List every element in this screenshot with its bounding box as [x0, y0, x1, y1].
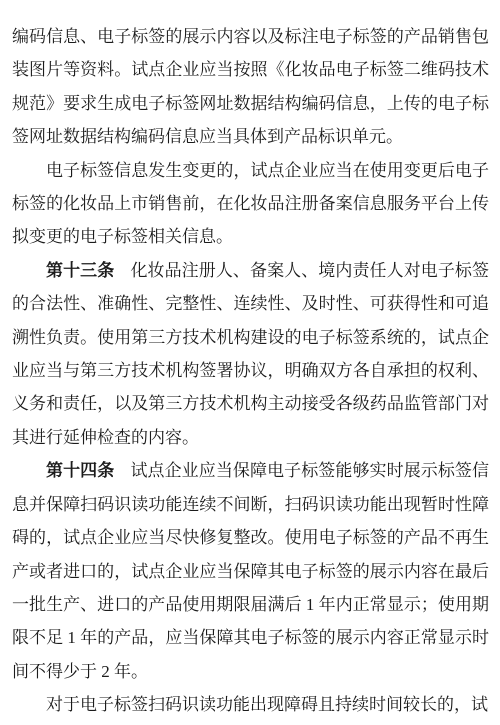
clause-number: 第十三条: [46, 261, 114, 280]
paragraph-text: 编码信息、电子标签的展示内容以及标注电子标签的产品销售包装图片等资料。试点企业应…: [12, 27, 489, 146]
paragraph-article-14: 第十四条试点企业应当保障电子标签能够实时展示标签信息并保障扫码识读功能连续不间断…: [12, 454, 489, 688]
paragraph: 电子标签信息发生变更的，试点企业应当在使用变更后电子标签的化妆品上市销售前，在化…: [12, 154, 489, 254]
paragraph-text: 电子标签信息发生变更的，试点企业应当在使用变更后电子标签的化妆品上市销售前，在化…: [12, 161, 489, 247]
paragraph-truncated: 对于电子标签扫码识读功能出现障碍且持续时间较长的，试: [12, 688, 489, 721]
document-page: 编码信息、电子标签的展示内容以及标注电子标签的产品销售包装图片等资料。试点企业应…: [0, 0, 500, 725]
paragraph-article-13: 第十三条化妆品注册人、备案人、境内责任人对电子标签的合法性、准确性、完整性、连续…: [12, 254, 489, 454]
paragraph-text: 试点企业应当保障电子标签能够实时展示标签信息并保障扫码识读功能连续不间断，扫码识…: [12, 461, 489, 680]
paragraph-text: 对于电子标签扫码识读功能出现障碍且持续时间较长的，试: [46, 695, 488, 714]
clause-number: 第十四条: [46, 461, 114, 480]
paragraph-continuation: 编码信息、电子标签的展示内容以及标注电子标签的产品销售包装图片等资料。试点企业应…: [12, 20, 489, 154]
paragraph-text: 化妆品注册人、备案人、境内责任人对电子标签的合法性、准确性、完整性、连续性、及时…: [12, 261, 489, 447]
